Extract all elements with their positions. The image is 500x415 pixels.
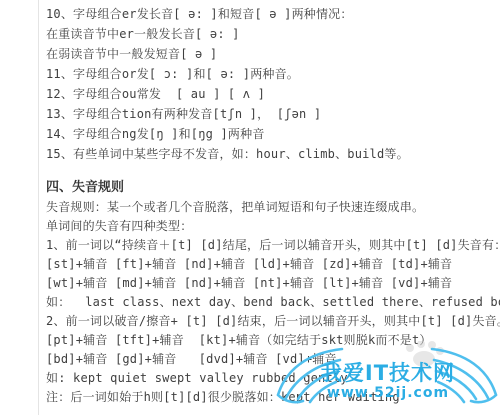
text-line: 14、字母组合ng发[ŋ ]和[ŋg ]两种音 bbox=[46, 124, 498, 144]
text-line: 如: kept quiet swept valley rubbed gently bbox=[46, 369, 498, 388]
text-line: 12、字母组合ou常发 [ au ] [ ʌ ] bbox=[46, 84, 498, 104]
text-line: 2、前一词以破音/擦音+ [t] [d]结束，后一词以辅音开头，则其中[t] [… bbox=[46, 312, 498, 331]
text-line: 1、前一词以“持续音＋[t] [d]结尾，后一词以辅音开头，则其中[t] [d]… bbox=[46, 236, 498, 255]
text-line: 在弱读音节中一般发短音[ ə ] bbox=[46, 44, 498, 64]
text-line: 失音规则：某一个或者几个音脱落，把单词短语和句子快速连缀成串。 bbox=[46, 198, 498, 217]
text-line: 10、字母组合er发长音[ ə: ]和短音[ ə ]两种情况： bbox=[46, 4, 498, 24]
text-line: 注：后一词如始于h则[t][d]很少脱落如：kept her waiting bbox=[46, 388, 498, 407]
text-line: 15、有些单词中某些字母不发音，如：hour、climb、build等。 bbox=[46, 144, 498, 164]
text-line: 单词间的失音有四种类型： bbox=[46, 217, 498, 236]
section-heading: 四、失音规则 bbox=[46, 178, 498, 198]
section-gap bbox=[46, 164, 498, 178]
text-line: [st]+辅音 [ft]+辅音 [nd]+辅音 [ld]+辅音 [zd]+辅音 … bbox=[46, 255, 498, 274]
text-line: 13、字母组合tion有两种发音[tʃn ]， [ʃən ] bbox=[46, 104, 498, 124]
left-border-line bbox=[38, 0, 39, 415]
document-page: 10、字母组合er发长音[ ə: ]和短音[ ə ]两种情况： 在重读音节中er… bbox=[0, 0, 500, 415]
text-line: 11、字母组合or发[ ɔ: ]和[ ə: ]两种音。 bbox=[46, 64, 498, 84]
document-content: 10、字母组合er发长音[ ə: ]和短音[ ə ]两种情况： 在重读音节中er… bbox=[46, 4, 498, 407]
text-line: 在重读音节中er一般发长音[ ə: ] bbox=[46, 24, 498, 44]
text-line: [wt]+辅音 [md]+辅音 [nd]+辅音 [nt]+辅音 [lt]+辅音 … bbox=[46, 274, 498, 293]
text-line: 如： last class、next day、bend back、settled… bbox=[46, 293, 498, 312]
text-line: [pt]+辅音 [tft]+辅音 [kt]+辅音（如完结于skt则脱k而不是t） bbox=[46, 331, 498, 350]
text-line: [bd]+辅音 [gd]+辅音 [dvd]+辅音 [vd]+辅音 bbox=[46, 350, 498, 369]
